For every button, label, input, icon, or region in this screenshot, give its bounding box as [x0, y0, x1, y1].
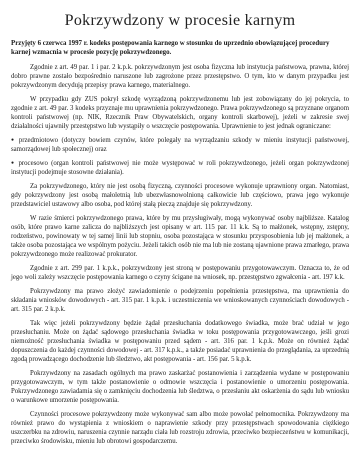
paragraph: Pokrzywdzony na zasadach ogólnych ma pra… — [11, 369, 349, 405]
bullet-icon: ● — [11, 161, 16, 166]
paragraph: Czynności procesowe pokrzywdzony może wy… — [11, 410, 349, 446]
paragraph: Za pokrzywdzonego, który nie jest osobą … — [11, 182, 349, 209]
paragraph: Zgodnie z art. 299 par. 1 k.p.k., pokrzy… — [11, 264, 349, 282]
paragraph: W przypadku gdy ZUS pokrył szkodę wyrząd… — [11, 95, 349, 131]
paragraph: Pokrzywdzony ma prawo złożyć zawiadomien… — [11, 287, 349, 314]
document-body: Zgodnie z art. 49 par. 1 i par. 2 k.p.k.… — [11, 63, 349, 446]
lead-paragraph: Przyjęty 6 czerwca 1997 r. kodeks postęp… — [11, 39, 349, 57]
paragraph: Zgodnie z art. 49 par. 1 i par. 2 k.p.k.… — [11, 63, 349, 90]
bullet-text: przedmiotowo (dotyczy bowiem czynów, któ… — [11, 137, 349, 153]
bullet-icon: ● — [11, 138, 16, 143]
document-page: Pokrzywdzony w procesie karnym Przyjęty … — [0, 0, 360, 446]
bullet-item: ●procesowo (organ kontroli państwowej ni… — [11, 159, 349, 177]
page-title: Pokrzywdzony w procesie karnym — [11, 12, 349, 30]
bullet-text: procesowo (organ kontroli państwowej nie… — [11, 160, 349, 176]
paragraph: Tak więc jeżeli pokrzywdzony będzie żąda… — [11, 319, 349, 364]
bullet-item: ●przedmiotowo (dotyczy bowiem czynów, kt… — [11, 136, 349, 154]
paragraph: W razie śmierci pokrzywdzonego prawa, kt… — [11, 214, 349, 259]
